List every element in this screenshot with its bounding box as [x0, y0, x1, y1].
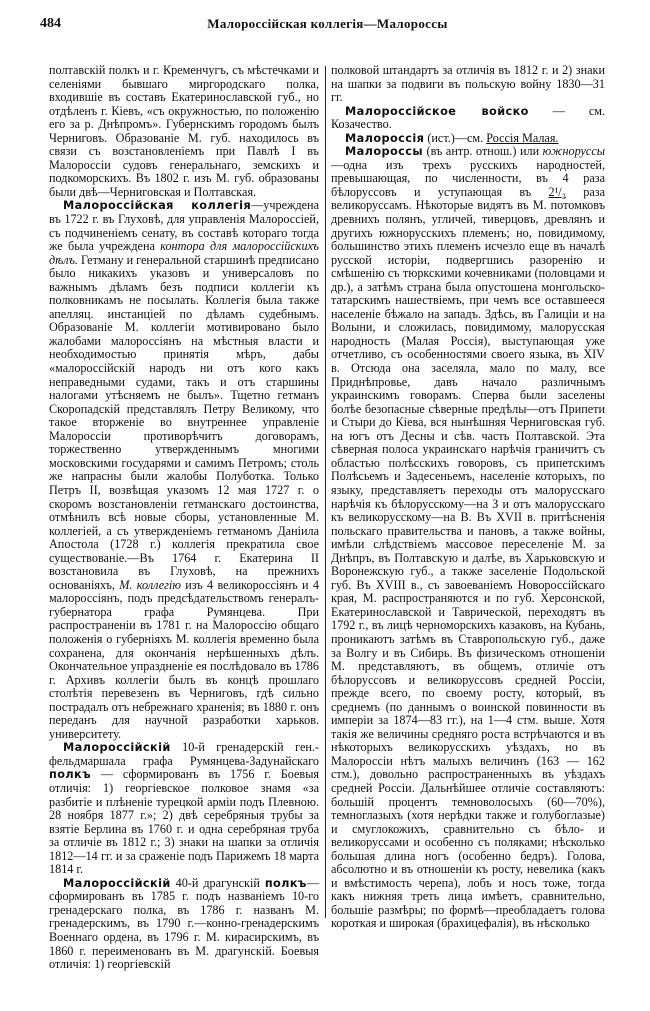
entry-text: —сформированъ въ 1785 г. подъ названіемъ… — [49, 876, 319, 971]
page-header: 484 Малороссійская коллегія—Малороссы — [40, 15, 615, 33]
entry-headword: Малороссійское войско — [345, 105, 529, 118]
entry-text: (ист.)—см. — [424, 131, 486, 145]
entry-dragoon-regiment: Малороссійскій 40-й драгунскій полкъ—сфо… — [49, 877, 319, 972]
entry-malorossiyskaya-kollegiya: Малороссійская коллегія—учреждена въ 172… — [49, 199, 319, 741]
column-divider — [325, 66, 326, 918]
running-title: Малороссійская коллегія—Малороссы — [40, 15, 615, 33]
left-column: полтавскій полкъ и г. Кременчугъ, съ мѣс… — [49, 64, 319, 972]
entry-headword: полкъ — [265, 877, 307, 890]
entry-headword: Малороссійскій — [63, 877, 171, 890]
entry-headword: полкъ — [49, 768, 91, 781]
italic-term: М. коллегію — [119, 578, 181, 592]
entry-malorossy: Малороссы (въ антр. отнош.) или южнорусс… — [331, 145, 605, 931]
entry-headword: Малороссы — [345, 145, 423, 158]
continuation-paragraph: полтавскій полкъ и г. Кременчугъ, съ мѣс… — [49, 64, 319, 199]
right-column: полковой штандартъ за отличія въ 1812 г.… — [331, 64, 605, 931]
fraction-value: 2¹/₂ — [549, 185, 566, 199]
entry-malorossiya: Малороссія (ист.)—см. Россія Малая. — [331, 132, 605, 146]
entry-headword: Малороссійскій — [63, 741, 171, 754]
entry-text: Гетману и генеральной старшинѣ предписан… — [49, 253, 319, 592]
italic-term: южноруссы — [543, 144, 605, 158]
entry-headword: Малороссійская коллегія — [63, 199, 251, 212]
entry-text: изъ 4 великороссіянъ и 4 малороссіянъ, п… — [49, 578, 319, 741]
entry-text: 40-й драгунскій — [171, 876, 265, 890]
entry-headword: Малороссія — [345, 132, 424, 145]
entry-grenadier-regiment: Малороссійскій 10-й гренадерскій ген.-фе… — [49, 741, 319, 876]
cross-reference-link[interactable]: Россія Малая. — [486, 131, 558, 145]
entry-text: раза великоруссамъ. Нѣкоторые видятъ въ … — [331, 185, 605, 931]
continuation-paragraph: полковой штандартъ за отличія въ 1812 г.… — [331, 64, 605, 105]
entry-text: (въ антр. отнош.) или — [423, 144, 543, 158]
entry-malorossiyskoe-voysko: Малороссійское войско — см. Козачество. — [331, 105, 605, 132]
entry-text: — сформированъ въ 1756 г. Боевыя отличія… — [49, 767, 319, 876]
